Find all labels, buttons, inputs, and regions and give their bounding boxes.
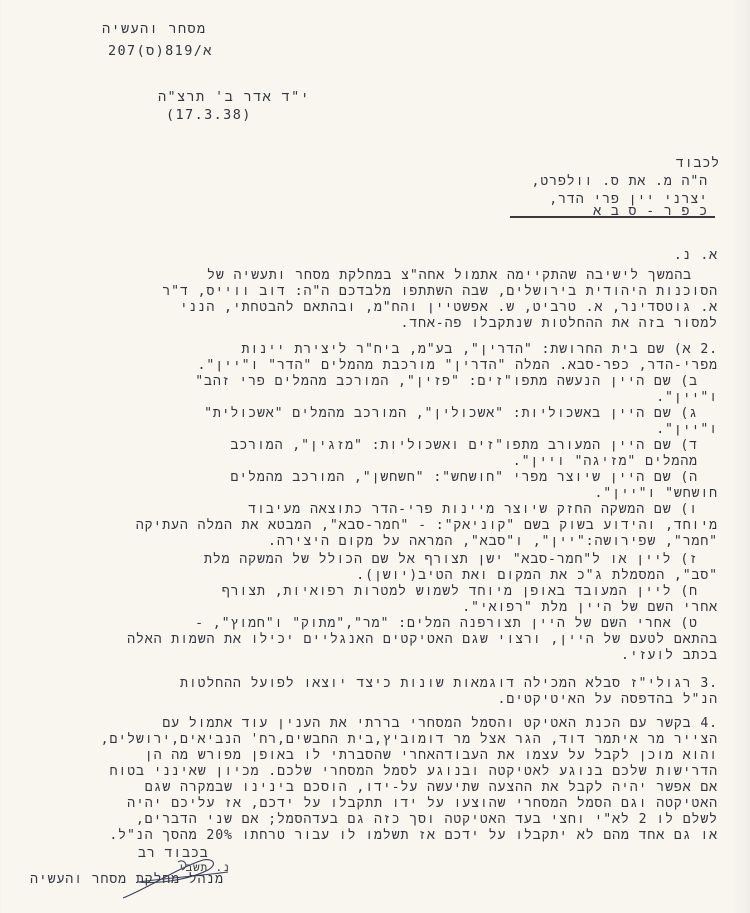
- paper-edge-shadow: [732, 0, 750, 913]
- body-line: ב) שם היין הנעשה מתפו"זים: "פזין", המורכ…: [195, 374, 698, 389]
- body-line: הנ"ל בהדפסה על האיטיקטים.: [498, 692, 718, 707]
- body-line: ה) שם היין שיוצר מפרי "חושחש": "חשחשן", …: [230, 470, 698, 485]
- letter-page: מסחר והעשיה 207א/819(ס) י"ד אדר ב' תרצ"ה…: [0, 0, 750, 913]
- body-line: הצייר מר איתמר דוד, הגר אצל מר דומוביץ,ב…: [101, 732, 718, 747]
- body-line: "חמר", שפירושה:"יין", ו"סבא", המראה על מ…: [268, 534, 718, 549]
- body-line: מפרי-הדר, כפר-סבא. המלה "הדרין" מורכבת מ…: [198, 358, 718, 373]
- body-line: בכתב לועזי.: [621, 648, 718, 663]
- body-line: ו) שם המשקה החזק שיוצר מיינות פרי-הדר כת…: [248, 502, 698, 517]
- recipient-salutation: לכבוד: [676, 156, 720, 171]
- address-underline: [510, 216, 715, 218]
- body-line: לשלם לו 2 לא"י וחצי בעד האטיקטה וסך כזה …: [136, 812, 718, 827]
- body-line: ד) שם היין המעורב מתפו"זים ואשכוליות: "מ…: [231, 438, 698, 453]
- body-line: אם אפשר יהיה לקבל את ההצעה שתיעשה על-ידו…: [145, 780, 718, 795]
- body-line: א. גוטסדינר, א. טרביט, ש. אפשטיין והח"מ,…: [180, 300, 718, 315]
- body-line: אחרי השם של היין מלת "רפואי".: [462, 600, 718, 615]
- body-line: ז) ליין או ל"חמר-סבא" ישן תצורף אל שם הכ…: [204, 552, 698, 567]
- body-line: מיוחד, והידוע בשוק בשם "קוניאק": - "חמר-…: [136, 518, 718, 533]
- body-line: .4 בקשר עם הכנת האטיקט והסמל המסחרי בררת…: [162, 716, 718, 731]
- greeting: א. נ.: [674, 248, 718, 263]
- date-gregorian: (17.3.38): [166, 108, 252, 123]
- body-line: הסוכנות היהודית בירושלים, שבה השתתפו מלב…: [162, 284, 718, 299]
- body-line: למסור בזה את ההחלטות שנתקבלו פה-אחד.: [401, 316, 718, 331]
- body-line: ג) שם היין באשכוליות: "אשכולין", המורכב …: [204, 406, 698, 421]
- body-line: .3 רגולי"ז סבלא המכילה דוגמאות שונות כיצ…: [180, 676, 718, 691]
- body-line: והוא מוכן לקבל על עצמו את העבודהאחרי שהס…: [145, 748, 718, 763]
- body-line: ו"יין".: [656, 422, 718, 437]
- body-line: ח) ליין המעובד באופן מיוחד לשמוש למטרות …: [222, 584, 698, 599]
- body-line: מהמלים "מזיגה" ויין".: [513, 454, 698, 469]
- body-line: "סב", המסמלת ג"כ את המקום ואת הטיב(יושן)…: [356, 568, 718, 583]
- body-line: ו"יין".: [656, 390, 718, 405]
- reference-number: 207א/819(ס): [108, 44, 213, 59]
- handwritten-signature: [118, 858, 238, 903]
- date-hebrew: י"ד אדר ב' תרצ"ה: [158, 90, 310, 105]
- body-line: בהמשך לישיבה שהתקיימה אתמול אחה"צ במחלקת…: [207, 268, 692, 283]
- body-line: .2 א) שם בית החרושת: "הדרין", בע"מ, ביח"…: [242, 342, 718, 357]
- body-line: או גם אחד מהם לא יתקבלו על ידכם אז תשלמו…: [109, 828, 718, 843]
- body-line: חושחש" ו"יין".: [594, 486, 718, 501]
- recipient-name: ה"ה מ. את ס. וולפרט,: [532, 174, 708, 189]
- body-line: ט) אחרי השם של היין תצורפנה המלים: "מר",…: [195, 616, 698, 631]
- body-line: האטיקטה וגם הסמל המסחרי שהוצעו על ידו תת…: [127, 796, 718, 811]
- department-header: מסחר והעשיה: [102, 22, 207, 37]
- body-line: בהתאם לטעם של היין, ורצוי שגם האטיקטים ה…: [127, 632, 718, 647]
- body-line: הדרישות שלכם בנוגע לאטיקטה ובנוגע לסמל ה…: [110, 764, 718, 779]
